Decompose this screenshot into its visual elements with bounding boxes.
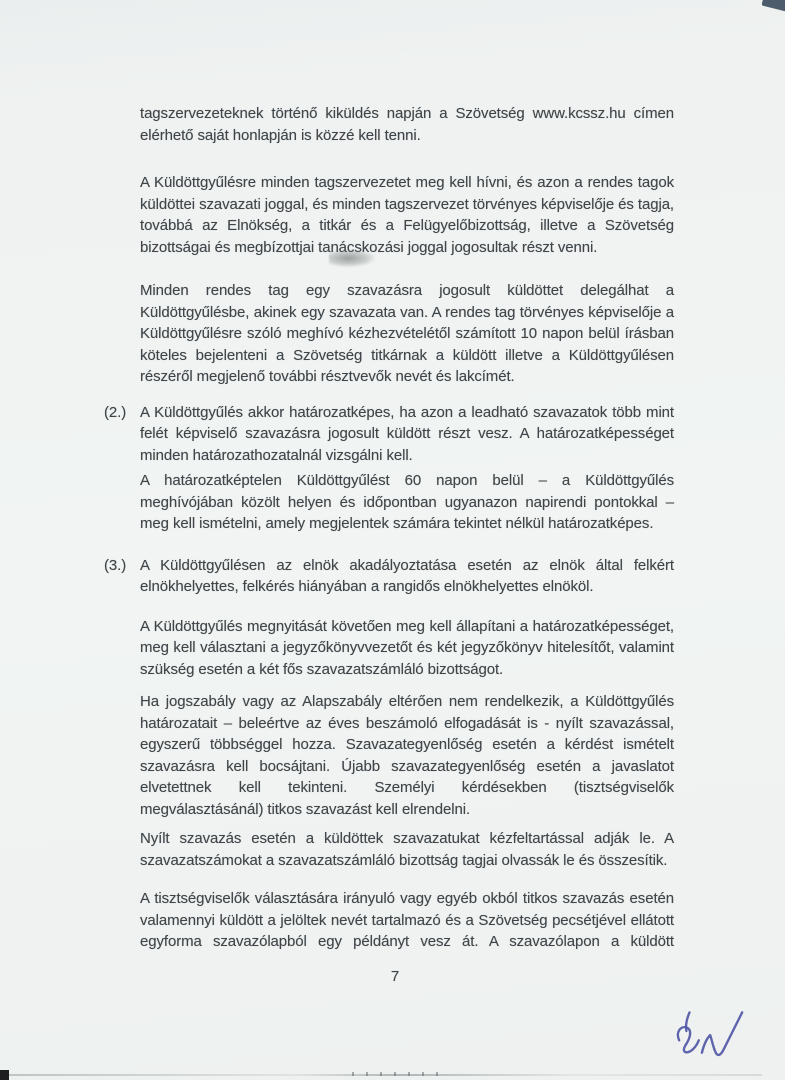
numbered-item-2: (2.) A Küldöttgyűlés akkor határozatképe…: [140, 402, 674, 467]
paragraph-quorum: A Küldöttgyűlés akkor határozatképes, ha…: [140, 402, 674, 467]
document-body: tagszervezeteknek történő kiküldés napjá…: [140, 103, 674, 987]
scan-smudge-artifact: [329, 250, 375, 267]
signature-initials-icon: [646, 999, 764, 1063]
scan-corner-artifact-bottom-left: [0, 1070, 9, 1080]
item-3-marker: (3.): [104, 555, 126, 577]
paragraph-open-vote: Nyílt szavazás esetén a küldöttek szavaz…: [140, 828, 674, 871]
scanned-page: tagszervezeteknek történő kiküldés napjá…: [0, 0, 785, 1080]
item-2-marker: (2.): [104, 402, 126, 424]
paragraph-chairing: A Küldöttgyűlésen az elnök akadályoztatá…: [140, 555, 674, 598]
paragraph-delegate-rules: Minden rendes tag egy szavazásra jogosul…: [140, 280, 674, 388]
paragraph-kuldottgyules-invite: A Küldöttgyűlésre minden tagszervezetet …: [140, 172, 674, 258]
paragraph-opening-procedure: A Küldöttgyűlés megnyitását követően meg…: [140, 616, 674, 681]
numbered-item-3: (3.) A Küldöttgyűlésen az elnök akadályo…: [140, 555, 674, 598]
paragraph-secret-ballot: A tisztségviselők választására irányuló …: [140, 888, 674, 953]
paragraph-repeat-meeting: A határozatképtelen Küldöttgyűlést 60 na…: [140, 470, 674, 535]
paragraph-voting-rules: Ha jogszabály vagy az Alapszabály eltérő…: [140, 691, 674, 820]
scan-edge-ticks: [352, 1072, 444, 1076]
page-number: 7: [128, 966, 662, 988]
paragraph-continuation: tagszervezeteknek történő kiküldés napjá…: [140, 103, 674, 146]
scan-corner-artifact-top-right: [761, 0, 785, 12]
